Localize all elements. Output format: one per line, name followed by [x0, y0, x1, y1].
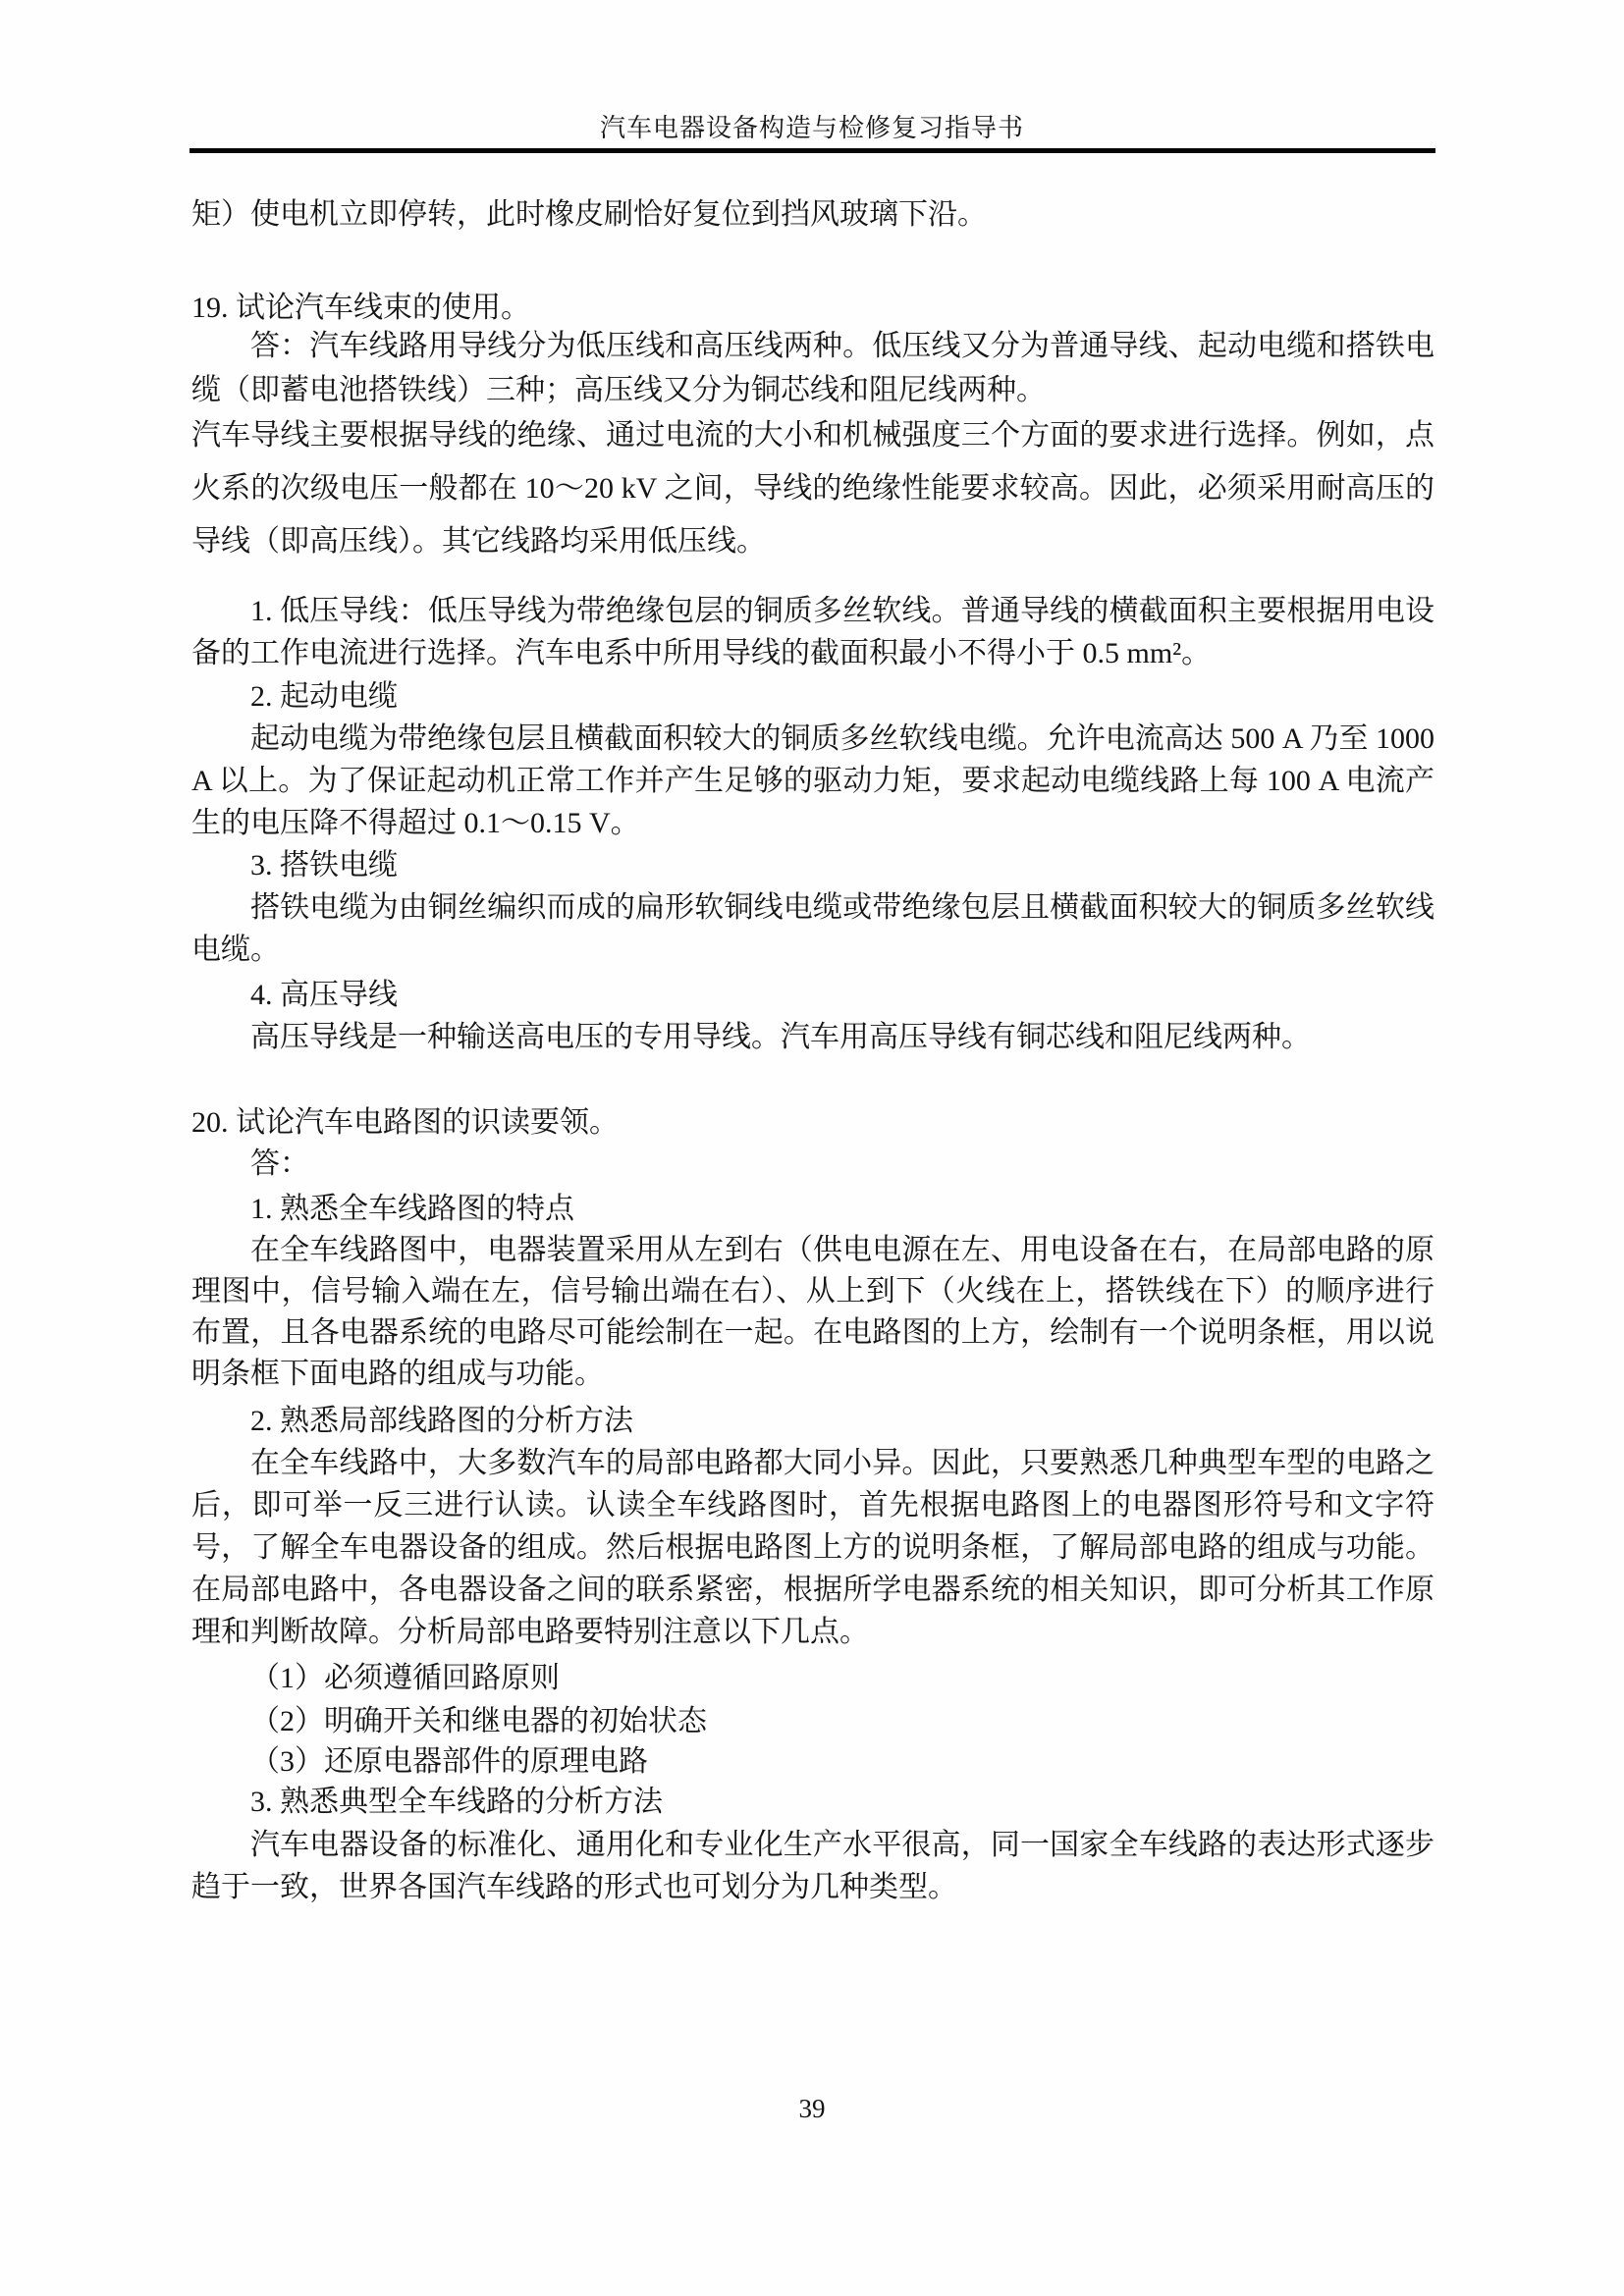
question-20-sub-point-3: （3）还原电器部件的原理电路 — [191, 1740, 1435, 1783]
question-19-selection-note: 汽车导线主要根据导线的绝缘、通过电流的大小和机械强度三个方面的要求进行选择。例如… — [191, 409, 1435, 568]
question-19-item-4-body: 高压导线是一种输送高电压的专用导线。汽车用高压导线有铜芯线和阻尼线两种。 — [191, 1016, 1435, 1058]
question-19-item-2-heading: 2. 起动电缆 — [191, 675, 1435, 718]
document-page: 汽车电器设备构造与检修复习指导书 矩）使电机立即停转，此时橡皮刷恰好复位到挡风玻… — [0, 0, 1624, 2296]
question-19-item-1: 1. 低压导线：低压导线为带绝缘包层的铜质多丝软线。普通导线的横截面积主要根据用… — [191, 590, 1435, 674]
question-20-point-3-heading: 3. 熟悉典型全车线路的分析方法 — [191, 1781, 1435, 1823]
question-20-answer-label: 答： — [191, 1143, 1435, 1185]
question-19-item-2-body: 起动电缆为带绝缘包层且横截面积较大的铜质多丝软线电缆。允许电流高达 500 A … — [191, 718, 1435, 844]
question-19-item-3-body: 搭铁电缆为由铜丝编织而成的扁形软铜线电缆或带绝缘包层且横截面积较大的铜质多丝软线… — [191, 886, 1435, 971]
paragraph-continuation: 矩）使电机立即停转，此时橡皮刷恰好复位到挡风玻璃下沿。 — [191, 193, 1435, 237]
question-20-point-3-body: 汽车电器设备的标准化、通用化和专业化生产水平很高，同一国家全车线路的表达形式逐步… — [191, 1824, 1435, 1908]
header-title: 汽车电器设备构造与检修复习指导书 — [0, 114, 1624, 143]
question-20-sub-point-2: （2）明确开关和继电器的初始状态 — [191, 1700, 1435, 1742]
question-20-heading: 20. 试论汽车电路图的识读要领。 — [191, 1101, 1435, 1144]
question-19-item-4-heading: 4. 高压导线 — [191, 974, 1435, 1016]
question-20-sub-point-1: （1）必须遵循回路原则 — [191, 1657, 1435, 1699]
question-20-point-1-heading: 1. 熟悉全车线路图的特点 — [191, 1188, 1435, 1230]
question-20-point-2-heading: 2. 熟悉局部线路图的分析方法 — [191, 1401, 1435, 1442]
question-20-point-1-body: 在全车线路图中，电器装置采用从左到右（供电电源在左、用电设备在右，在局部电路的原… — [191, 1230, 1435, 1395]
question-19-item-3-heading: 3. 搭铁电缆 — [191, 844, 1435, 886]
question-20-point-2-body: 在全车线路中，大多数汽车的局部电路都大同小异。因此，只要熟悉几种典型车型的电路之… — [191, 1442, 1435, 1653]
page-number: 39 — [0, 2092, 1624, 2125]
header-rule — [189, 148, 1435, 153]
question-19-answer-intro: 答：汽车线路用导线分为低压线和高压线两种。低压线又分为普通导线、起动电缆和搭铁电… — [191, 324, 1435, 412]
